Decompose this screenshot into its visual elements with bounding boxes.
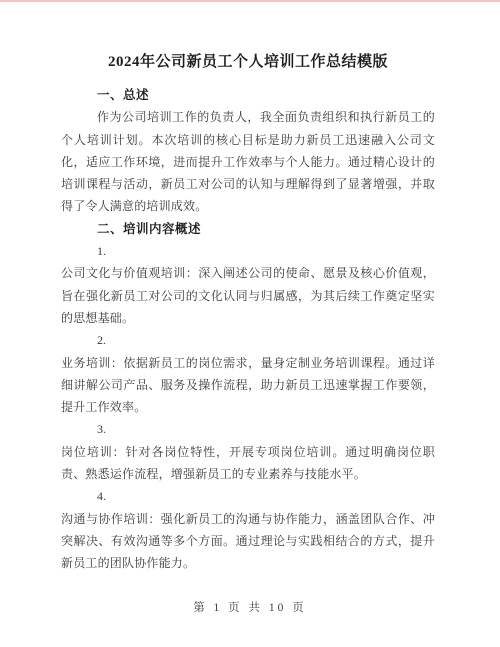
list-number-3: 3. (61, 418, 435, 440)
document-page: 2024年公司新员工个人培训工作总结模版 一、总述 作为公司培训工作的负责人，我… (0, 0, 500, 647)
list-item-4: 沟通与协作培训：强化新员工的沟通与协作能力，涵盖团队合作、冲突解决、有效沟通等多… (61, 508, 435, 575)
list-number-4: 4. (61, 485, 435, 507)
list-item-3: 岗位培训：针对各岗位特性，开展专项岗位培训。通过明确岗位职责、熟悉运作流程，增强… (61, 441, 435, 486)
document-content: 2024年公司新员工个人培训工作总结模版 一、总述 作为公司培训工作的负责人，我… (61, 50, 435, 575)
list-number-1: 1. (61, 240, 435, 262)
list-item-1: 公司文化与价值观培训：深入阐述公司的使命、愿景及核心价值观，旨在强化新员工对公司… (61, 262, 435, 329)
list-number-2: 2. (61, 329, 435, 351)
section-heading-training-content: 二、培训内容概述 (61, 218, 435, 240)
section-heading-overview: 一、总述 (61, 84, 435, 106)
top-edge-accent (0, 0, 500, 2)
list-item-2: 业务培训：依据新员工的岗位需求，量身定制业务培训课程。通过详细讲解公司产品、服务… (61, 352, 435, 419)
document-title: 2024年公司新员工个人培训工作总结模版 (61, 50, 435, 74)
paragraph-overview: 作为公司培训工作的负责人，我全面负责组织和执行新员工的个人培训计划。本次培训的核… (61, 106, 435, 217)
page-footer: 第 1 页 共 10 页 (0, 599, 500, 617)
